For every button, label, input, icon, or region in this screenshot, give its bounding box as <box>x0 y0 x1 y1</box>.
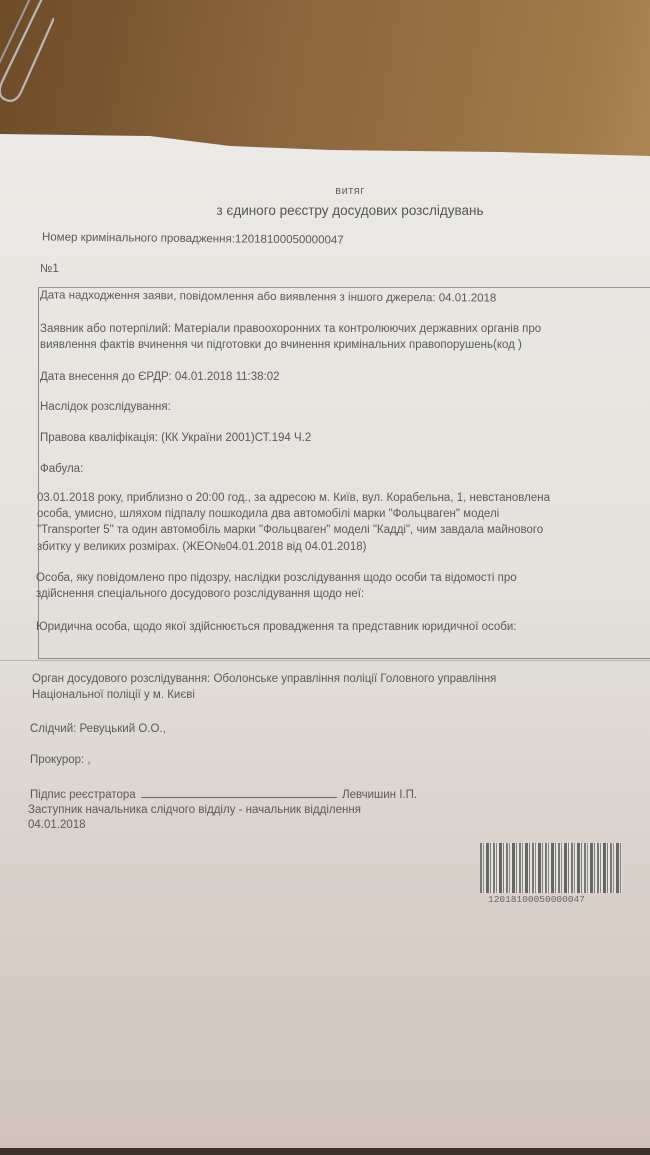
plot-line: особа, умисно, шляхом підпалу пошкодила … <box>37 507 499 522</box>
paper-clip-icon <box>0 0 54 120</box>
case-number: 12018100050000047 <box>235 233 344 246</box>
registrar-position: Заступник начальника слідчого відділу - … <box>28 803 361 818</box>
suspect-line-2: здійснення спеціального досудового розсл… <box>36 587 364 602</box>
authority-line-1: Орган досудового розслідування: Оболонсь… <box>32 672 496 687</box>
plot-line: збитку у великих розмірах. (ЖЕО№04.01.20… <box>37 540 366 555</box>
case-number-label: Номер кримінального провадження: <box>42 231 235 245</box>
divider <box>0 660 650 661</box>
legal-entity: Юридична особа, щодо якої здійснюється п… <box>36 620 516 635</box>
document-title: витяг <box>0 185 650 197</box>
document-subtitle: з єдиного реєстру досудових розслідувань <box>0 203 650 218</box>
plot-line: "Transporter 5" та один автомобіль марки… <box>37 523 543 538</box>
plot-label: Фабула: <box>40 462 83 477</box>
investigator: Слідчий: Ревуцький О.О., <box>30 722 166 737</box>
prosecutor: Прокурор: , <box>30 753 91 768</box>
erdr-date: Дата внесення до ЄРДР: 04.01.2018 11:38:… <box>40 370 280 385</box>
barcode <box>480 843 622 893</box>
applicant-line-1: Заявник або потерпілий: Матеріали правоо… <box>40 322 541 337</box>
legal-qualification: Правова кваліфікація: (КК України 2001)С… <box>40 431 311 446</box>
desk-edge <box>0 1148 650 1155</box>
applicant-line-2: виявлення фактів вчинення чи підготовки … <box>40 338 522 353</box>
case-number-row: Номер кримінального провадження:12018100… <box>42 230 344 248</box>
authority-line-2: Національної поліції у м. Києві <box>32 688 195 703</box>
signature-line <box>141 787 337 798</box>
entry-number: №1 <box>40 262 59 277</box>
suspect-line-1: Особа, яку повідомлено про підозру, насл… <box>36 571 517 586</box>
registrar-signature-row: Підпис реєстратора Левчишин І.П. <box>30 787 417 803</box>
plot-line: 03.01.2018 року, приблизно о 20:00 год.,… <box>37 491 550 506</box>
barcode-number: 12018100050000047 <box>488 894 585 905</box>
registrar-label: Підпис реєстратора <box>30 789 136 801</box>
investigation-result: Наслідок розслідування: <box>40 400 171 415</box>
receipt-date: Дата надходження заяви, повідомлення або… <box>40 288 496 306</box>
registrar-name: Левчишин І.П. <box>342 789 417 801</box>
document-date: 04.01.2018 <box>28 818 86 833</box>
